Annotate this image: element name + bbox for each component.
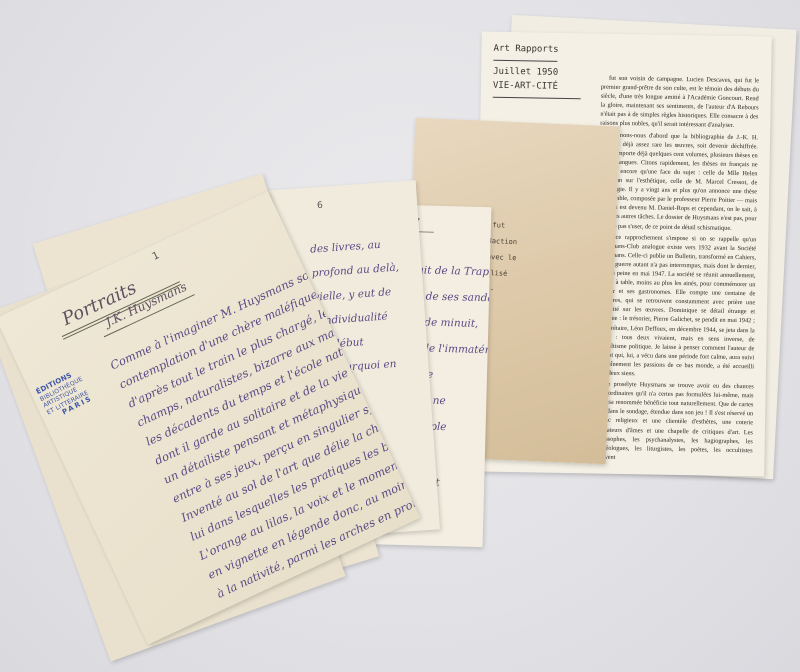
header-rule [493, 93, 581, 100]
handwritten-header-note: Art Rapports Juillet 1950 VIE-ART-CITÉ [493, 42, 582, 100]
publisher-stamp: ÉDITIONS BIBLIOTHÈQUE ARTISTIQUE ET LITT… [35, 354, 122, 423]
photo-scene: Art Rapports Juillet 1950 VIE-ART-CITÉ f… [0, 0, 800, 672]
page-number: 6 [317, 201, 323, 211]
page-number: 1 [151, 250, 161, 263]
